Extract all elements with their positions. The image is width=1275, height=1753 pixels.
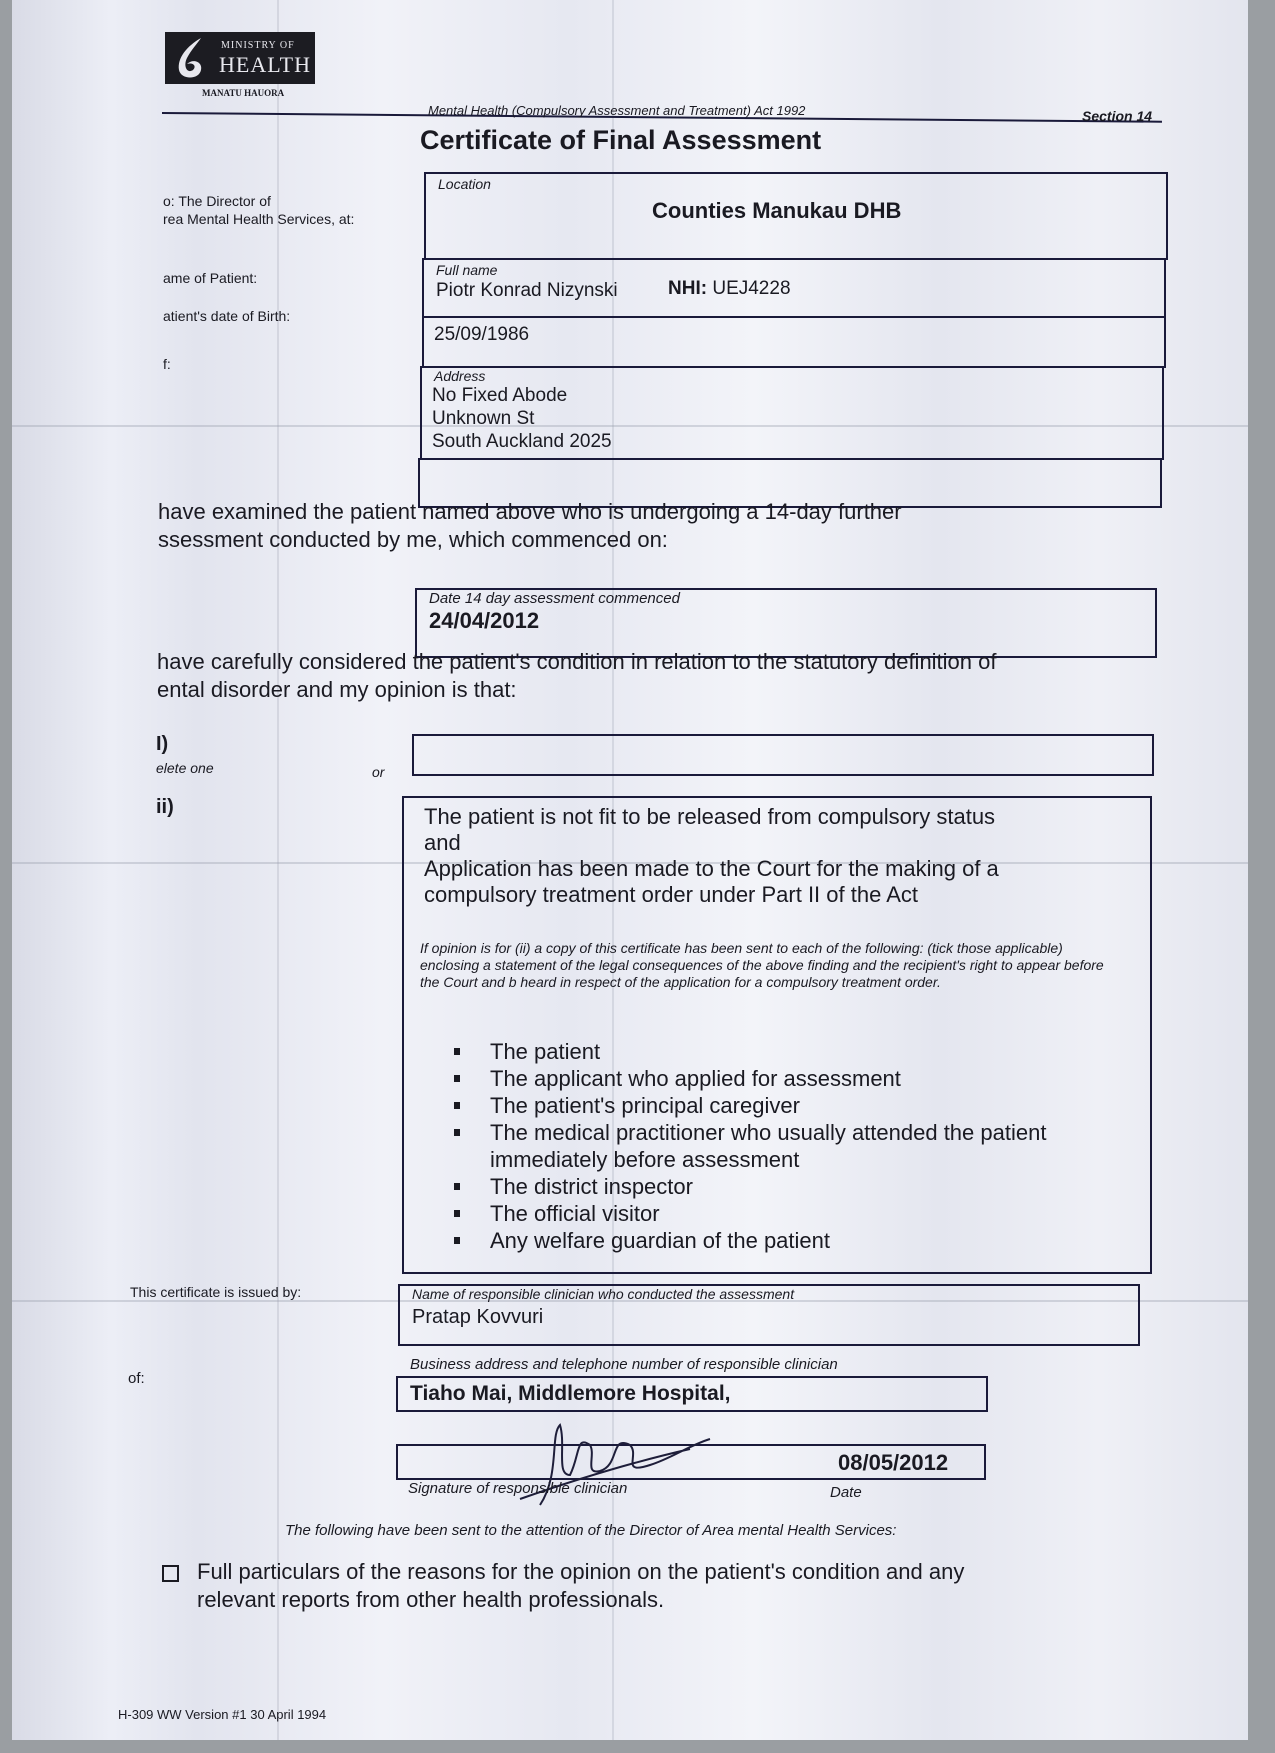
statement-examined-line1: have examined the patient named above wh… xyxy=(158,498,902,526)
commenced-label: Date 14 day assessment commenced xyxy=(429,590,680,607)
full-particulars-item[interactable]: Full particulars of the reasons for the … xyxy=(162,1558,964,1614)
option-1-box[interactable] xyxy=(412,734,1154,776)
recipient-item[interactable]: The patient's principal caregiver xyxy=(454,1092,1114,1119)
or-label: or xyxy=(372,764,384,780)
logo-line2: HEALTH xyxy=(219,52,311,78)
fullname-label: Full name xyxy=(436,262,497,278)
recipient-list: The patient The applicant who applied fo… xyxy=(454,1038,1114,1254)
fullname-field[interactable]: Full name Piotr Konrad Nizynski NHI: UEJ… xyxy=(422,258,1166,318)
business-address-value: Tiaho Mai, Middlemore Hospital, xyxy=(410,1382,731,1406)
address-value: No Fixed Abode Unknown St South Auckland… xyxy=(432,384,612,453)
date-label: Date xyxy=(830,1484,862,1501)
recipient-item[interactable]: The patient xyxy=(454,1038,1114,1065)
business-address-field[interactable]: Tiaho Mai, Middlemore Hospital, xyxy=(396,1376,988,1412)
signature-date-value: 08/05/2012 xyxy=(838,1450,948,1476)
of-label: of: xyxy=(128,1370,145,1387)
to-label-line1: o: The Director of xyxy=(163,192,354,210)
clinician-label: Name of responsible clinician who conduc… xyxy=(412,1286,794,1302)
location-label: Location xyxy=(438,176,491,192)
statement-examined-line2: ssessment conducted by me, which commenc… xyxy=(158,526,902,554)
issued-by-label: This certificate is issued by: xyxy=(130,1284,301,1300)
patient-name-label: ame of Patient: xyxy=(163,270,257,286)
statement-considered-line2: ental disorder and my opinion is that: xyxy=(157,676,997,704)
nhi-label: NHI: xyxy=(668,278,707,299)
business-address-label: Business address and telephone number of… xyxy=(410,1356,838,1373)
address-line2: Unknown St xyxy=(432,407,612,430)
option-2-box[interactable]: The patient is not fit to be released fr… xyxy=(402,796,1152,1274)
delete-one-note: elete one xyxy=(156,760,214,776)
recipient-item[interactable]: Any welfare guardian of the patient xyxy=(454,1227,1114,1254)
ministry-logo: MINISTRY OF HEALTH xyxy=(165,32,315,84)
logo-line1: MINISTRY OF xyxy=(221,40,295,51)
full-particulars-checkbox[interactable] xyxy=(162,1565,179,1582)
dob-field[interactable]: 25/09/1986 xyxy=(422,316,1166,368)
full-particulars-line1: Full particulars of the reasons for the … xyxy=(197,1559,964,1584)
option-2-line1: The patient is not fit to be released fr… xyxy=(424,804,999,830)
act-title: Mental Health (Compulsory Assessment and… xyxy=(428,103,805,118)
to-label-line2: rea Mental Health Services, at: xyxy=(163,210,354,228)
nhi: NHI: UEJ4228 xyxy=(668,278,791,300)
statement-considered-line1: have carefully considered the patient's … xyxy=(157,648,997,676)
address-field[interactable]: Address No Fixed Abode Unknown St South … xyxy=(420,366,1164,460)
option-2-line2: and xyxy=(424,830,999,856)
dob-value: 25/09/1986 xyxy=(434,324,529,346)
clinician-value: Pratap Kovvuri xyxy=(412,1306,543,1329)
option-2-text: The patient is not fit to be released fr… xyxy=(424,804,999,908)
signature-mark xyxy=(500,1415,720,1515)
recipient-item[interactable]: The applicant who applied for assessment xyxy=(454,1065,1114,1092)
recipient-item[interactable]: The official visitor xyxy=(454,1200,1114,1227)
section-label: Section 14 xyxy=(1082,108,1152,124)
address-line1: No Fixed Abode xyxy=(432,384,612,407)
koru-icon xyxy=(171,36,209,80)
fullname-value: Piotr Konrad Nizynski xyxy=(436,280,618,302)
fold-crease xyxy=(277,0,279,1740)
statement-considered: have carefully considered the patient's … xyxy=(157,648,997,704)
recipient-item[interactable]: The district inspector xyxy=(454,1173,1114,1200)
option-2-line3: Application has been made to the Court f… xyxy=(424,856,999,882)
patient-of-label: f: xyxy=(163,356,171,372)
location-field[interactable]: Location Counties Manukau DHB xyxy=(424,172,1168,260)
logo-subtitle: MANATU HAUORA xyxy=(202,88,284,98)
copy-sent-note: If opinion is for (ii) a copy of this ce… xyxy=(420,940,1120,991)
address-line3: South Auckland 2025 xyxy=(432,430,612,453)
option-2-line4: compulsory treatment order under Part II… xyxy=(424,882,999,908)
full-particulars-line2: relevant reports from other health profe… xyxy=(162,1586,964,1614)
option-1-label: I) xyxy=(156,733,168,756)
signature-label: Signature of responsible clinician xyxy=(408,1480,627,1497)
recipient-item[interactable]: The medical practitioner who usually att… xyxy=(454,1119,1114,1173)
nhi-value: UEJ4228 xyxy=(712,278,790,299)
option-2-label: ii) xyxy=(156,796,174,819)
commenced-value: 24/04/2012 xyxy=(429,608,539,634)
location-value: Counties Manukau DHB xyxy=(652,198,901,224)
address-label: Address xyxy=(434,368,485,384)
patient-dob-label: atient's date of Birth: xyxy=(163,308,290,324)
sent-note: The following have been sent to the atte… xyxy=(285,1522,896,1539)
clinician-field[interactable]: Name of responsible clinician who conduc… xyxy=(398,1284,1140,1346)
page-title: Certificate of Final Assessment xyxy=(420,125,821,156)
to-label: o: The Director of rea Mental Health Ser… xyxy=(163,192,354,228)
statement-examined: have examined the patient named above wh… xyxy=(158,498,902,554)
form-id: H-309 WW Version #1 30 April 1994 xyxy=(118,1707,326,1722)
